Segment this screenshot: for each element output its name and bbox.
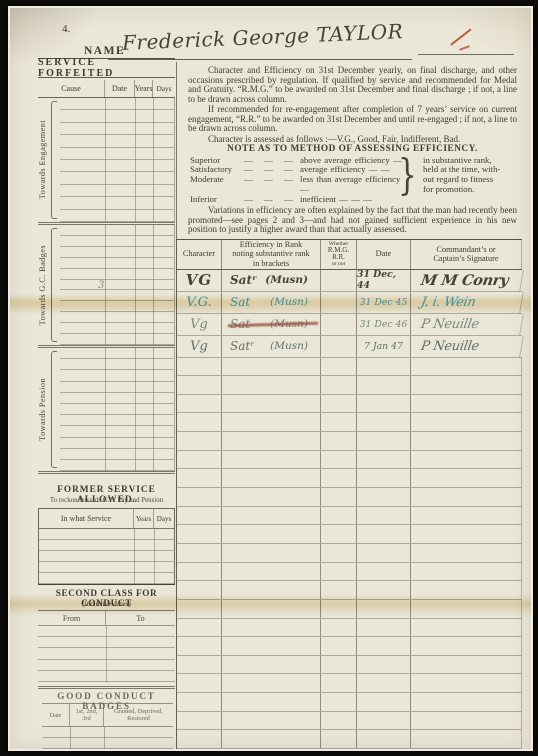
grid-row: [60, 98, 174, 110]
grid-row: [60, 290, 174, 301]
rmg-value: [321, 270, 357, 291]
empty-row: [177, 581, 522, 600]
empty-row: [177, 656, 522, 675]
assessment-entry-row: VGSatʳ(Musn)31 Dec, 44M M Conry: [177, 270, 522, 292]
col-cause: Cause: [38, 80, 105, 97]
grid-row: [60, 247, 174, 258]
grid-row: [60, 148, 174, 160]
divider-line: [38, 584, 175, 585]
grade-note: in substantive rank, held at the time, w…: [423, 156, 517, 196]
grid-row: [60, 460, 174, 471]
efficiency-value: Sat(Musn): [222, 292, 321, 313]
col-badge-number: 1st, 2nd, 3rd: [70, 704, 104, 726]
empty-row: [177, 525, 522, 544]
section-bracket: [51, 351, 57, 468]
signature-value: M M Conry: [409, 270, 524, 291]
grid-row: [60, 426, 174, 437]
section-grid: [60, 348, 175, 471]
col-efficiency: Efficiency in Rank noting substantive ra…: [222, 240, 321, 269]
empty-row: [177, 544, 522, 563]
assessment-entry-row: VgSatʳ(Musn)7 Jan 47P Neuille: [177, 336, 522, 358]
red-pencil-mark: [450, 28, 472, 46]
forfeited-section: Towards G.C. Badges: [38, 225, 175, 348]
double-divider-line: [38, 686, 175, 689]
date-value: 31 Dec, 44: [357, 270, 411, 291]
section-bracket: [51, 101, 57, 219]
grid-row: [60, 258, 174, 269]
empty-row: [177, 358, 522, 377]
col-granted-deprived: Granted, Deprived, Restored: [104, 704, 173, 726]
instructions-block: Character and Efficiency on 31st Decembe…: [176, 58, 522, 239]
grid-row: [60, 269, 174, 280]
brace-glyph: }: [398, 153, 417, 197]
efficiency-value: Sat(Musn): [222, 314, 321, 335]
section-grid: [60, 98, 175, 222]
grid-row: [60, 359, 174, 370]
grid-row: [60, 135, 174, 147]
second-class-rows: [38, 626, 175, 682]
empty-row: [177, 600, 522, 619]
second-class-header: From To: [38, 611, 175, 626]
second-class-table: From To: [38, 610, 175, 682]
grid-row: [60, 393, 174, 404]
assessment-entry-row: VgSat(Musn)31 Dec 46P Neuille: [177, 314, 522, 336]
efficiency-grade: Satʳ: [230, 273, 257, 287]
signature-value: P Neuille: [409, 314, 524, 335]
efficiency-value: Satʳ(Musn): [222, 270, 321, 291]
col-whether-rmg: Whether R.M.G. R.R. or not: [321, 240, 357, 269]
grid-row: [60, 334, 174, 345]
character-value: Vg: [177, 314, 222, 335]
section-grid: [60, 225, 175, 345]
rmg-value: [321, 292, 357, 313]
former-service-table: In what Service Years Days: [38, 508, 175, 585]
section-label: Towards G.C. Badges: [38, 245, 47, 325]
date-value: 31 Dec 46: [357, 314, 411, 335]
empty-row: [177, 488, 522, 507]
empty-row: [177, 619, 522, 638]
scanned-service-record: { "scan": { "page_number": "4.", "name_l…: [0, 0, 538, 756]
empty-row: [177, 451, 522, 470]
grid-row: [60, 225, 174, 236]
date-value: 7 Jan 47: [357, 336, 411, 357]
grid-row: [60, 280, 174, 291]
former-service-header: In what Service Years Days: [39, 509, 174, 529]
instruction-paragraph-2: If recommended for re-engagement after c…: [188, 105, 517, 134]
grade-term: Inferior: [190, 195, 244, 205]
empty-row: [177, 563, 522, 582]
assessment-table-header: Character Efficiency in Rank noting subs…: [177, 240, 522, 270]
good-conduct-table: Date 1st, 2nd, 3rd Granted, Deprived, Re…: [42, 703, 173, 749]
grid-row: [60, 348, 174, 359]
col-years: Years: [135, 80, 153, 97]
empty-row: [177, 637, 522, 656]
note-title: NOTE AS TO METHOD OF ASSESSING EFFICIENC…: [188, 145, 517, 155]
col-days: Days: [153, 80, 175, 97]
empty-row: [177, 507, 522, 526]
empty-row: [177, 432, 522, 451]
dash-leader: — — —: [244, 195, 300, 205]
forfeited-sections: Towards EngagementTowards G.C. BadgesTow…: [38, 98, 175, 474]
character-value: V.G.: [177, 292, 222, 313]
grid-row: [60, 301, 174, 312]
top-rule: [418, 54, 514, 55]
document-page: 4. NAME Frederick George TAYLOR SERVICE …: [10, 8, 531, 749]
empty-row: [177, 674, 522, 693]
empty-row: [177, 469, 522, 488]
grid-row: [60, 123, 174, 135]
efficiency-grade: Sat: [230, 295, 250, 309]
empty-row: [177, 395, 522, 414]
empty-row: [177, 376, 522, 395]
instruction-paragraph-1: Character and Efficiency on 31st Decembe…: [188, 66, 517, 104]
service-forfeited-columns: Cause Date Years Days: [38, 80, 175, 98]
empty-row: [177, 413, 522, 432]
dash-leader: — — —: [244, 175, 300, 195]
right-panel: Character and Efficiency on 31st Decembe…: [176, 58, 522, 749]
col-character: Character: [177, 240, 222, 269]
signature-value: P Neuille: [409, 336, 524, 357]
grid-row: [42, 727, 173, 738]
grid-row: [60, 415, 174, 426]
grid-row: [60, 197, 174, 209]
grade-line: Inferior— — —inefficient — — —: [190, 195, 407, 205]
col-from: From: [38, 611, 106, 625]
section-bracket: [51, 228, 57, 342]
section-label: Towards Pension: [38, 378, 47, 441]
service-forfeited-title: SERVICE FORFEITED: [38, 58, 175, 78]
assessment-table: Character Efficiency in Rank noting subs…: [176, 239, 522, 749]
col-in-what-service: In what Service: [39, 509, 134, 528]
col-signature: Commandant’s or Captain’s Signature: [411, 240, 522, 269]
section-label: Towards Engagement: [38, 120, 47, 199]
col-date: Date: [42, 704, 70, 726]
grade-definition: less than average efficiency—: [300, 175, 407, 195]
grid-row: [60, 382, 174, 393]
empty-row: [177, 712, 522, 731]
substantive-rank: (Musn): [270, 296, 308, 308]
col-days: Days: [154, 509, 174, 528]
former-service-rows: [39, 529, 174, 584]
grid-row: [60, 438, 174, 449]
instruction-paragraph-4: Variations in efficiency are often expla…: [188, 206, 517, 235]
grid-row: [60, 312, 174, 323]
col-to: To: [106, 611, 175, 625]
second-class-subtitle: (inclusive dates): [38, 599, 175, 608]
assessment-entry-row: V.G.Sat(Musn)31 Dec 45J. i. Wein: [177, 292, 522, 314]
grid-row: [60, 172, 174, 184]
grid-row: [60, 160, 174, 172]
grid-row: [60, 404, 174, 415]
rmg-value: [321, 336, 357, 357]
col-date: Date: [105, 80, 135, 97]
empty-row: [177, 730, 522, 749]
grade-definition: inefficient — — —: [300, 195, 407, 205]
good-conduct-header: Date 1st, 2nd, 3rd Granted, Deprived, Re…: [42, 703, 173, 727]
grid-row: [60, 449, 174, 460]
instruction-paragraph-3: Character is assessed as follows :—V.G.,…: [188, 135, 517, 145]
pencil-note: 3: [98, 280, 104, 291]
forfeited-section: Towards Pension: [38, 348, 175, 474]
grid-row: [60, 370, 174, 381]
col-date: Date: [357, 240, 411, 269]
col-years: Years: [134, 509, 154, 528]
substantive-rank: (Musn): [270, 340, 308, 352]
date-value: 31 Dec 45: [357, 292, 411, 313]
signature-value: J. i. Wein: [409, 292, 524, 313]
grid-row: [60, 110, 174, 122]
grid-row: [60, 185, 174, 197]
grid-row: [60, 323, 174, 334]
good-conduct-rows: [42, 727, 173, 749]
efficiency-grades: Superior— — —above average efficiency —S…: [190, 156, 517, 206]
former-service-subtitle: To reckon towards G.C. Pay and Pension: [38, 497, 175, 504]
grid-row: [42, 738, 173, 749]
rmg-value: [321, 314, 357, 335]
page-number: 4.: [62, 23, 70, 35]
forfeited-section: Towards Engagement: [38, 98, 175, 225]
character-value: VG: [177, 270, 222, 291]
substantive-rank: (Musn): [265, 274, 308, 286]
character-value: Vg: [177, 336, 222, 357]
name-handwritten-value: Frederick George TAYLOR: [122, 19, 404, 55]
name-label: NAME: [84, 45, 125, 57]
grid-row: [60, 210, 174, 222]
grid-row: [60, 236, 174, 247]
left-panel: SERVICE FORFEITED Cause Date Years Days …: [38, 58, 175, 749]
efficiency-value: Satʳ(Musn): [222, 336, 321, 357]
efficiency-grade: Satʳ: [230, 339, 254, 353]
empty-row: [177, 693, 522, 712]
grade-line: Moderate— — —less than average efficienc…: [190, 175, 407, 195]
red-pencil-mark-small: [459, 45, 470, 51]
grade-term: Moderate: [190, 175, 244, 195]
